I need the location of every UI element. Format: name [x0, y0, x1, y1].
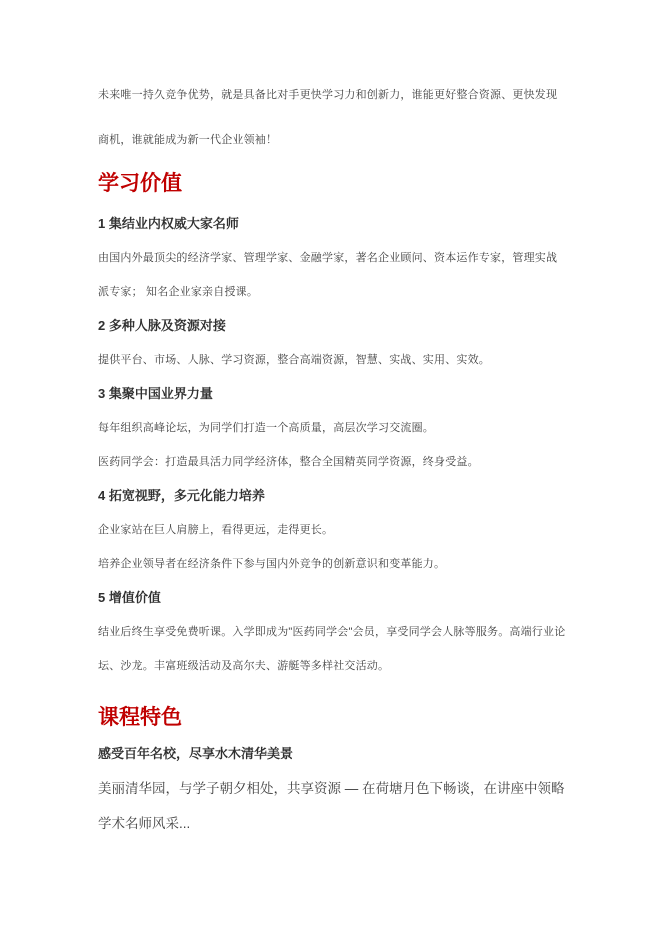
learning-value-items: 1 集结业内权威大家名师 由国内外最顶尖的经济学家、管理学家、金融学家，著名企业…	[98, 207, 568, 683]
section-heading-course-features: 课程特色	[98, 703, 568, 733]
course-features-items: 感受百年名校，尽享水木清华美景 美丽清华园，与学子朝夕相处，共享资源 — 在荷塘…	[98, 737, 568, 841]
item-paragraph: 提供平台、市场、人脉、学习资源，整合高端资源，智慧、实战、实用、实效。	[98, 343, 568, 377]
item-paragraph: 结业后终生享受免费听课。入学即成为"医药同学会"会员，享受同学会人脉等服务。高端…	[98, 615, 568, 683]
item-title-1: 1 集结业内权威大家名师	[98, 207, 568, 241]
feature-title: 感受百年名校，尽享水木清华美景	[98, 737, 568, 771]
item-paragraph: 医药同学会：打造最具活力同学经济体，整合全国精英同学资源，终身受益。	[98, 445, 568, 479]
section-heading-learning-value: 学习价值	[98, 169, 568, 199]
document-page: 未来唯一持久竞争优势，就是具备比对手更快学习力和创新力，谁能更好整合资源、更快发…	[0, 0, 660, 934]
item-title-4: 4 拓宽视野，多元化能力培养	[98, 479, 568, 513]
item-paragraph: 企业家站在巨人肩膀上，看得更远，走得更长。	[98, 513, 568, 547]
item-title-5: 5 增值价值	[98, 581, 568, 615]
intro-paragraph: 未来唯一持久竞争优势，就是具备比对手更快学习力和创新力，谁能更好整合资源、更快发…	[98, 73, 568, 163]
feature-paragraph: 美丽清华园，与学子朝夕相处，共享资源 — 在荷塘月色下畅谈，在讲座中领略学术名师…	[98, 771, 568, 841]
item-paragraph: 由国内外最顶尖的经济学家、管理学家、金融学家，著名企业顾问、资本运作专家，管理实…	[98, 241, 568, 309]
item-paragraph: 每年组织高峰论坛，为同学们打造一个高质量，高层次学习交流圈。	[98, 411, 568, 445]
item-title-2: 2 多种人脉及资源对接	[98, 309, 568, 343]
item-paragraph: 培养企业领导者在经济条件下参与国内外竞争的创新意识和变革能力。	[98, 547, 568, 581]
item-title-3: 3 集聚中国业界力量	[98, 377, 568, 411]
